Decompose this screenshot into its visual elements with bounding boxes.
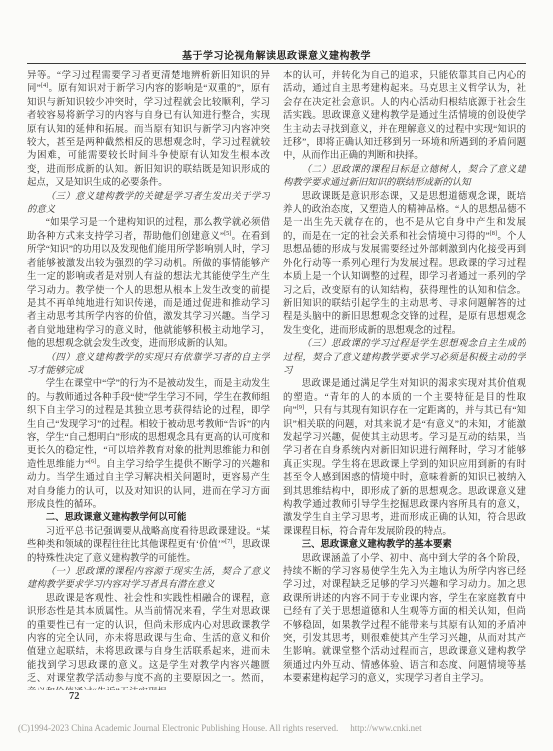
citation-marker: [7] bbox=[225, 538, 232, 545]
subsection-heading: （一）思政课的课程内容源于现实生活，契合了意义建构教学要求学习内容对学习者具有潜… bbox=[27, 566, 270, 593]
paragraph: 思政课是通过满足学生对知识的渴求实现对其价值观的塑造。“青年的人的本质的一个主要… bbox=[283, 378, 526, 539]
section-heading: 三、思政课意义建构教学的基本要素 bbox=[283, 539, 526, 552]
paragraph: 异等。“学习过程需要学习者更清楚地辨析新旧知识的异同”[4]。原有知识对于新学习… bbox=[27, 70, 270, 191]
header-rule bbox=[27, 63, 526, 64]
citation-marker: [8] bbox=[490, 230, 497, 237]
copyright-bar: (C)1994-2023 China Academic Journal Elec… bbox=[18, 723, 543, 733]
paragraph: 思政课是客观性、社会性和实践性相融合的课程，意识形态性是其本质属性。从当前情况来… bbox=[27, 593, 270, 690]
publisher-url: http://www.cnki.net bbox=[350, 723, 421, 733]
subsection-heading: （二）思政课的课程目标是立德树人，契合了意义建构教学要求通过新旧知识的联结形成新… bbox=[283, 164, 526, 191]
paragraph: 思政课涵盖了小学、初中、高中到大学的各个阶段，持续不断的学习容易使学生先入为主地… bbox=[283, 553, 526, 687]
running-title: 基于学习论视角解读思政课意义建构教学 bbox=[0, 47, 553, 62]
paragraph: 思政课既是意识形态课，又是思想道德观念课，既培养人的政治态度，又塑造人的精神品格… bbox=[283, 191, 526, 338]
paragraph: 学生在课堂中“学”的行为不是被动发生，而是主动发生的。与教师通过各种手段“使”学… bbox=[27, 378, 270, 512]
journal-page: 基于学习论视角解读思政课意义建构教学 异等。“学习过程需要学习者更清楚地辨析新旧… bbox=[0, 0, 553, 751]
citation-marker: [9] bbox=[297, 404, 304, 411]
subsection-heading: （三）意义建构教学的关键是学习者生发出关于学习的意义 bbox=[27, 191, 270, 218]
paragraph: “如果学习是一个建构知识的过程，那么教学就必须借助各种方式来支持学习者，帮助他们… bbox=[27, 217, 270, 351]
paragraph: 本的认可，并转化为自己的追求，只能依靠其自己内心的活动，通过自主思考建构起来。马… bbox=[283, 70, 526, 164]
left-column: 异等。“学习过程需要学习者更清楚地辨析新旧知识的异同”[4]。原有知识对于新学习… bbox=[27, 70, 270, 690]
paragraph: 习近平总书记强调要从战略高度看待思政课建设。“某些种类和领域的课程往往比其他课程… bbox=[27, 526, 270, 566]
subsection-heading: （三）思政课的学习过程是学生思想观念自主生成的过程，契合了意义建构教学要求学习必… bbox=[283, 338, 526, 378]
copyright-text: (C)1994-2023 China Academic Journal Elec… bbox=[18, 723, 338, 733]
page-number: 72 bbox=[69, 691, 80, 702]
citation-marker: [5] bbox=[224, 230, 231, 237]
citation-marker: [4] bbox=[41, 82, 48, 89]
article-body: 异等。“学习过程需要学习者更清楚地辨析新旧知识的异同”[4]。原有知识对于新学习… bbox=[27, 70, 526, 690]
citation-marker: [6] bbox=[89, 458, 96, 465]
right-column: 本的认可，并转化为自己的追求，只能依靠其自己内心的活动，通过自主思考建构起来。马… bbox=[283, 70, 526, 690]
section-heading: 二、思政课意义建构教学何以可能 bbox=[27, 512, 270, 525]
subsection-heading: （四）意义建构教学的实现只有依靠学习者的自主学习才能够完成 bbox=[27, 352, 270, 379]
